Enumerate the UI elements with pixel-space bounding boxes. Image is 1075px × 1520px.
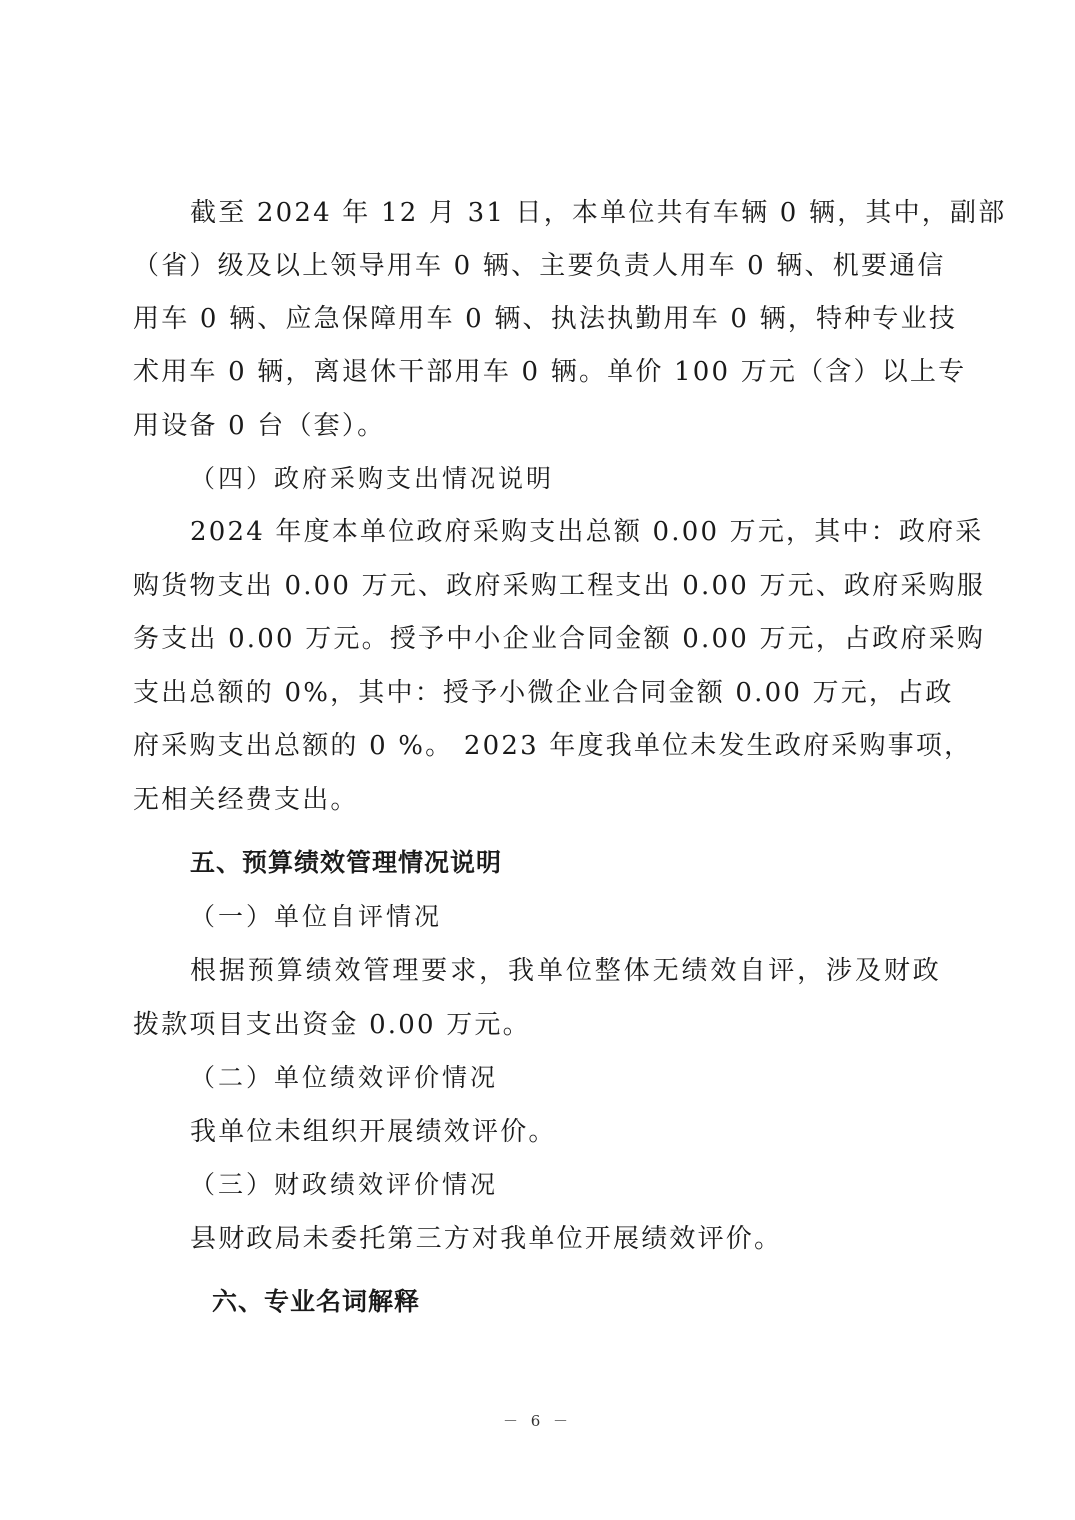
paragraph-vehicles-line-1: 截至 2024 年 12 月 31 日，本单位共有车辆 0 辆，其中，副部 (190, 196, 941, 230)
paragraph-procurement-line-2: 购货物支出 0.00 万元、政府采购工程支出 0.00 万元、政府采购服 (133, 569, 941, 603)
document-page: 截至 2024 年 12 月 31 日，本单位共有车辆 0 辆，其中，副部 （省… (0, 0, 1075, 1520)
fiscal-evaluation-heading: （三）财政绩效评价情况 (190, 1168, 498, 1202)
self-evaluation-line-2: 拨款项目支出资金 0.00 万元。 (133, 1008, 941, 1042)
fiscal-evaluation-text: 县财政局未委托第三方对我单位开展绩效评价。 (190, 1222, 941, 1256)
self-evaluation-line-1: 根据预算绩效管理要求，我单位整体无绩效自评，涉及财政 (190, 954, 941, 988)
paragraph-vehicles-line-5: 用设备 0 台（套）。 (133, 409, 941, 443)
procurement-heading: （四）政府采购支出情况说明 (190, 462, 554, 496)
paragraph-vehicles-line-3: 用车 0 辆、应急保障用车 0 辆、执法执勤用车 0 辆，特种专业技 (133, 302, 941, 336)
section-six-heading: 六、专业名词解释 (212, 1285, 420, 1319)
unit-evaluation-heading: （二）单位绩效评价情况 (190, 1061, 498, 1095)
page-number: － 6 － (0, 1410, 1075, 1431)
paragraph-procurement-line-3: 务支出 0.00 万元。授予中小企业合同金额 0.00 万元，占政府采购 (133, 622, 941, 656)
section-five-heading: 五、预算绩效管理情况说明 (190, 846, 502, 880)
paragraph-procurement-line-4: 支出总额的 0%，其中：授予小微企业合同金额 0.00 万元，占政 (133, 676, 941, 710)
paragraph-procurement-line-5: 府采购支出总额的 0 %。 2023 年度我单位未发生政府采购事项， (133, 729, 941, 763)
paragraph-vehicles-line-4: 术用车 0 辆，离退休干部用车 0 辆。单价 100 万元（含）以上专 (133, 355, 941, 389)
paragraph-procurement-line-1: 2024 年度本单位政府采购支出总额 0.00 万元，其中：政府采 (190, 515, 941, 549)
unit-evaluation-text: 我单位未组织开展绩效评价。 (190, 1115, 941, 1149)
paragraph-vehicles-line-2: （省）级及以上领导用车 0 辆、主要负责人用车 0 辆、机要通信 (133, 249, 941, 283)
self-evaluation-heading: （一）单位自评情况 (190, 900, 442, 934)
paragraph-procurement-line-6: 无相关经费支出。 (133, 783, 941, 817)
